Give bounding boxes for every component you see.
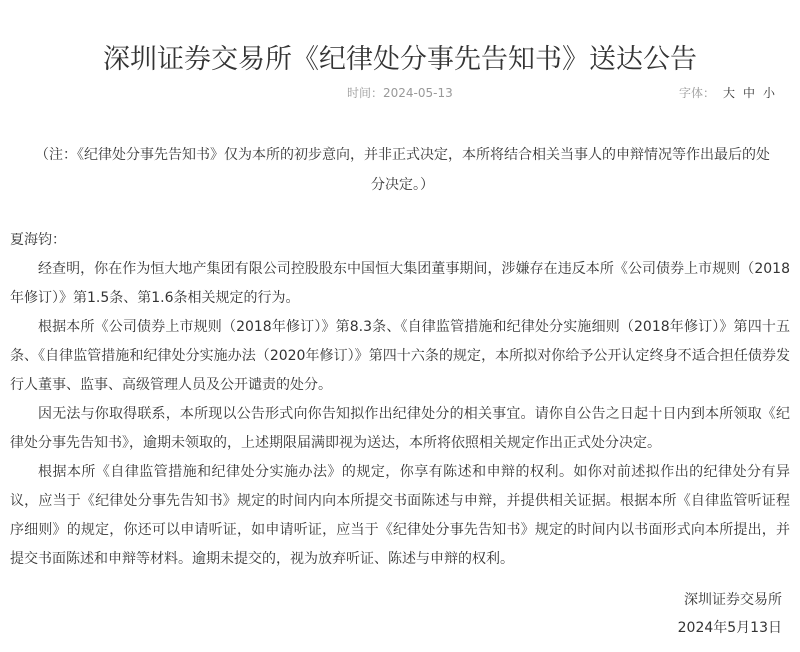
paragraph-findings: 经查明，你在作为恒大地产集团有限公司控股股东中国恒大集团董事期间，涉嫌存在违反本… [10, 255, 790, 313]
time-label: 时间： [347, 86, 383, 100]
article-body: 夏海钧： 经查明，你在作为恒大地产集团有限公司控股股东中国恒大集团董事期间，涉嫌… [10, 226, 790, 574]
font-size-large-button[interactable]: 大 [723, 86, 735, 100]
signature-block: 深圳证券交易所 2024年5月13日 [678, 586, 782, 642]
salutation: 夏海钧： [10, 226, 790, 255]
publish-time: 时间：2024-05-13 [347, 84, 453, 101]
paragraph-rights: 根据本所《自律监管措施和纪律处分实施办法》的规定，你享有陈述和申辩的权利。如你对… [10, 458, 790, 574]
font-size-medium-button[interactable]: 中 [743, 86, 755, 100]
time-value: 2024-05-13 [383, 86, 453, 100]
font-size-switcher: 字体：大中小 [679, 84, 775, 101]
font-size-small-button[interactable]: 小 [763, 86, 775, 100]
signature-org: 深圳证券交易所 [678, 586, 782, 614]
font-size-label: 字体： [679, 86, 715, 100]
paragraph-notice-delivery: 因无法与你取得联系，本所现以公告形式向你告知拟作出纪律处分的相关事宜。请你自公告… [10, 400, 790, 458]
signature-date: 2024年5月13日 [678, 614, 782, 642]
page-title: 深圳证券交易所《纪律处分事先告知书》送达公告 [0, 40, 800, 80]
paragraph-legal-basis: 根据本所《公司债券上市规则（2018年修订）》第8.3条、《自律监管措施和纪律处… [10, 313, 790, 400]
disclaimer-note: （注：《纪律处分事先告知书》仅为本所的初步意向，并非正式决定，本所将结合相关当事… [30, 140, 775, 200]
